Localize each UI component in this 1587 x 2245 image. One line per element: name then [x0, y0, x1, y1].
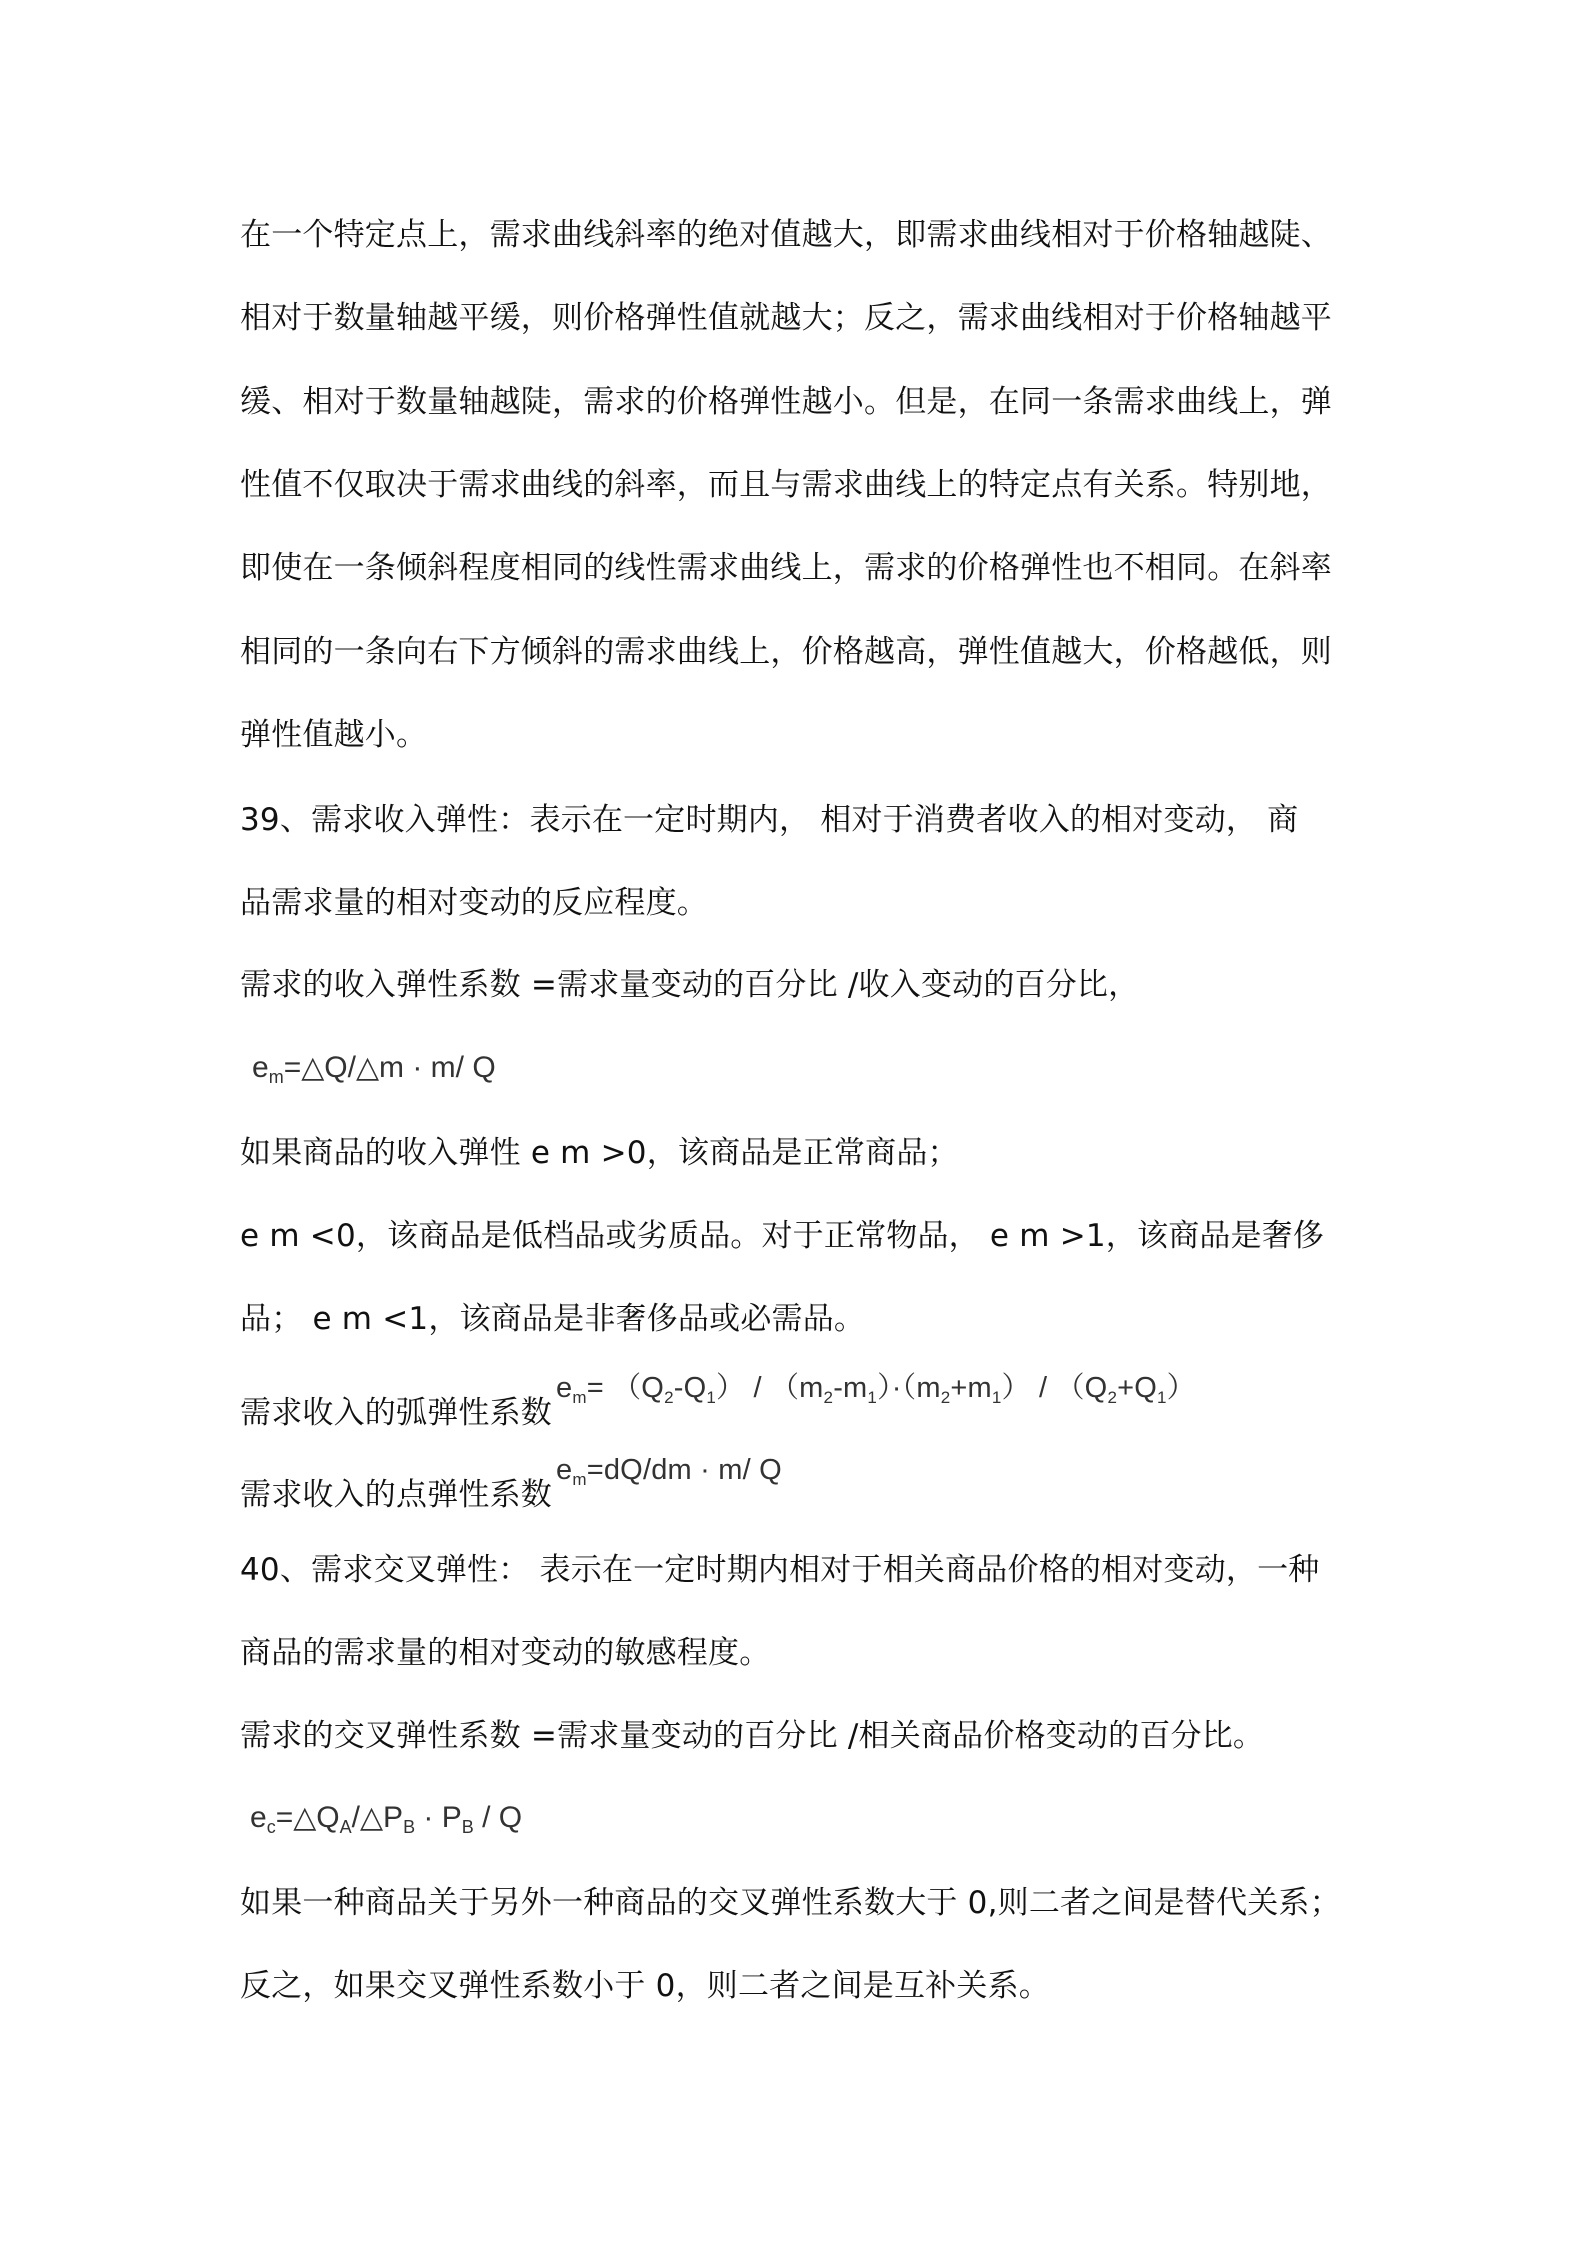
- section-40-heading-cont: 商品的需求量的相对变动的敏感程度。: [240, 1633, 770, 1673]
- point-elasticity-row: 需求收入的点弹性系数em=dQ/dm · m/ Q: [240, 1475, 782, 1526]
- arc-elasticity-label: 需求收入的弧弹性系数: [240, 1395, 552, 1431]
- cross-conclusion-line: 反之，如果交叉弹性系数小于 0，则二者之间是互补关系。: [240, 1966, 1050, 2006]
- paragraph-line: 即使在一条倾斜程度相同的线性需求曲线上，需求的价格弹性也不相同。在斜率: [240, 548, 1332, 588]
- cross-conclusion-line: 如果一种商品关于另外一种商品的交叉弹性系数大于 0,则二者之间是替代关系；: [240, 1883, 1341, 1923]
- point-elasticity-label: 需求收入的点弹性系数: [240, 1477, 552, 1513]
- section-39-heading-cont: 品需求量的相对变动的反应程度。: [240, 883, 708, 923]
- document-page: 在一个特定点上，需求曲线斜率的绝对值越大，即需求曲线相对于价格轴越陡、 相对于数…: [0, 0, 1587, 2245]
- arc-elasticity-row: 需求收入的弧弹性系数em= （Q2-Q1） / （m2-m1）·（m2+m1） …: [240, 1393, 1196, 1444]
- formula-rhs: =△Q/△m · m/ Q: [284, 1051, 496, 1084]
- income-elasticity-definition: 需求的收入弹性系数 =需求量变动的百分比 /收入变动的百分比，: [240, 965, 1139, 1005]
- formula-subscript: m: [269, 1067, 284, 1087]
- paragraph-line: 相对于数量轴越平缓，则价格弹性值就越大；反之，需求曲线相对于价格轴越平: [240, 298, 1332, 338]
- paragraph-line: 弹性值越小。: [240, 715, 427, 755]
- paragraph-line: 性值不仅取决于需求曲线的斜率，而且与需求曲线上的特定点有关系。特别地，: [240, 465, 1332, 505]
- income-elasticity-formula: em=△Q/△m · m/ Q: [252, 1048, 496, 1097]
- formula-lhs: e: [252, 1051, 269, 1084]
- cross-elasticity-definition: 需求的交叉弹性系数 =需求量变动的百分比 /相关商品价格变动的百分比。: [240, 1716, 1264, 1756]
- section-40-heading: 40、需求交叉弹性： 表示在一定时期内相对于相关商品价格的相对变动，一种: [240, 1550, 1320, 1590]
- paragraph-line: 缓、相对于数量轴越陡，需求的价格弹性越小。但是，在同一条需求曲线上，弹: [240, 382, 1332, 422]
- arc-elasticity-formula: em= （Q2-Q1） / （m2-m1）·（m2+m1） / （Q2+Q1）: [556, 1372, 1196, 1404]
- paragraph-line: 在一个特定点上，需求曲线斜率的绝对值越大，即需求曲线相对于价格轴越陡、: [240, 215, 1332, 255]
- income-rule-line: 如果商品的收入弹性 e m >0，该商品是正常商品；: [240, 1133, 959, 1173]
- income-rule-line: e m <0，该商品是低档品或劣质品。对于正常物品， e m >1，该商品是奢侈: [240, 1216, 1324, 1256]
- section-39-heading: 39、需求收入弹性：表示在一定时期内， 相对于消费者收入的相对变动， 商: [240, 800, 1298, 840]
- cross-elasticity-formula: ec=△QA/△PB · PB / Q: [250, 1798, 522, 1847]
- income-rule-line: 品； e m <1，该商品是非奢侈品或必需品。: [240, 1299, 865, 1339]
- paragraph-line: 相同的一条向右下方倾斜的需求曲线上，价格越高，弹性值越大，价格越低，则: [240, 632, 1332, 672]
- point-elasticity-formula: em=dQ/dm · m/ Q: [556, 1454, 782, 1486]
